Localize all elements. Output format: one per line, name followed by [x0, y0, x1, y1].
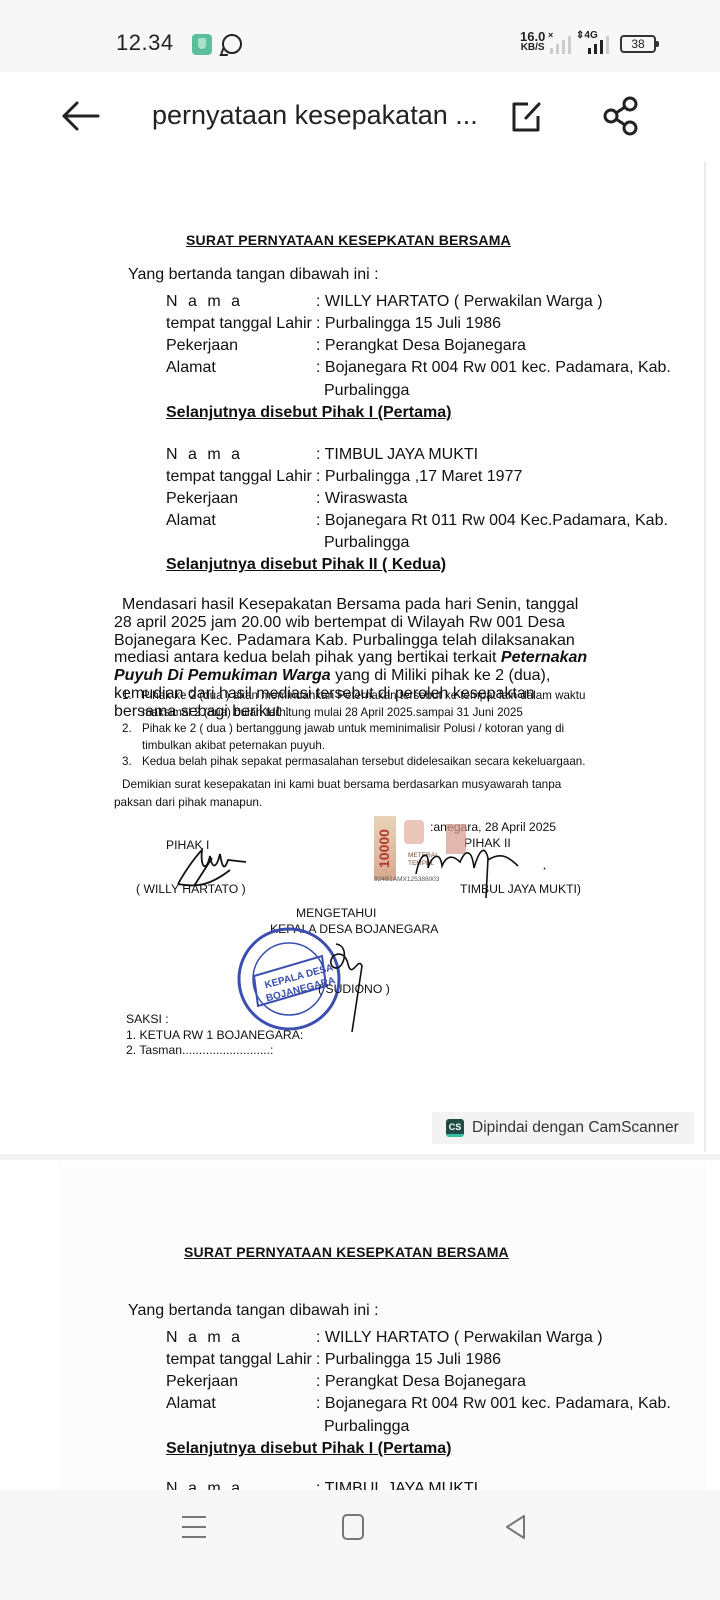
item-text: Pihak ke 2 ( dua ) bertanggung jawab unt… [142, 722, 564, 752]
agreement-list: 1.Pihak ke 2 (dua ) akan memindahkan Pet… [122, 688, 602, 771]
status-bar: 12.34 16.0 KB/S × ⇕4G 38 [0, 0, 720, 72]
field-value: : Purbalingga ,17 Maret 1977 [316, 468, 522, 486]
network-speed-unit: KB/S [520, 43, 545, 53]
field-label: Pekerjaan [166, 337, 316, 355]
party1-note: Selanjutnya disebut Pihak I (Pertama) [166, 1440, 451, 1458]
network-speed-value: 16.0 [520, 32, 545, 42]
field-value: : Wiraswasta [316, 490, 408, 508]
field-label: N a m a [166, 1480, 316, 1490]
field-label: tempat tanggal Lahir [166, 468, 316, 486]
agreement-item: 2.Pihak ke 2 ( dua ) bertanggung jawab u… [122, 721, 602, 754]
edit-button[interactable] [506, 96, 546, 136]
saksi-2: 2. Tasman..........................: [126, 1043, 273, 1057]
page-separator [0, 1154, 720, 1160]
home-button[interactable] [342, 1514, 364, 1540]
field-label: Pekerjaan [166, 1373, 316, 1391]
field-label: Alamat [166, 512, 316, 530]
party1-address-row: Alamat : Bojanegara Rt 004 Rw 001 kec. P… [166, 359, 316, 377]
app-bar: pernyataan kesepakatan ... [0, 72, 720, 162]
letter-title: SURAT PERNYATAAN KESEPKATAN BERSAMA [184, 1244, 509, 1260]
agreement-item: 3.Kedua belah pihak sepakat permasalahan… [122, 754, 602, 771]
closing-paragraph: Demikian surat kesepakatan ini kami buat… [114, 776, 594, 812]
party1-note: Selanjutnya disebut Pihak I (Pertama) [166, 404, 451, 422]
back-triangle-icon [504, 1514, 528, 1540]
party2-address-row: Alamat : Bojanegara Rt 011 Rw 004 Kec.Pa… [166, 512, 316, 530]
field-label: Pekerjaan [166, 490, 316, 508]
camscanner-badge: CS Dipindai dengan CamScanner [432, 1112, 694, 1144]
party2-job-row: Pekerjaan : Wiraswasta [166, 490, 316, 508]
item-text: Kedua belah pihak sepakat permasalahan t… [142, 755, 585, 768]
saksi-label: SAKSI : [126, 1012, 169, 1026]
field-label: Alamat [166, 1395, 316, 1413]
status-time: 12.34 [116, 30, 174, 56]
back-button[interactable] [58, 96, 102, 136]
recents-button[interactable] [182, 1514, 206, 1540]
battery-icon: 38 [620, 35, 656, 53]
item-text: Pihak ke 2 (dua ) akan memindahkan Peter… [142, 689, 585, 719]
system-back-button[interactable] [504, 1514, 528, 1540]
party1-address-row: Alamat : Bojanegara Rt 004 Rw 001 kec. P… [166, 1395, 316, 1413]
field-value: : Perangkat Desa Bojanegara [316, 1373, 526, 1391]
field-label: Alamat [166, 359, 316, 377]
item-number: 1. [122, 688, 132, 705]
pihak2-name: TIMBUL JAYA MUKTI) [460, 882, 581, 896]
party2-birth-row: tempat tanggal Lahir : Purbalingga ,17 M… [166, 468, 316, 486]
camscanner-text: Dipindai dengan CamScanner [472, 1119, 679, 1137]
battery-level: 38 [631, 37, 644, 51]
mengetahui-label: MENGETAHUI [296, 906, 376, 920]
party2-note: Selanjutnya disebut Pihak II ( Kedua) [166, 556, 446, 574]
stamp-value: 10000 [376, 829, 392, 868]
document-page-1: SURAT PERNYATAAN KESEPKATAN BERSAMA Yang… [58, 162, 706, 1152]
field-value: : Perangkat Desa Bojanegara [316, 337, 526, 355]
letter-title: SURAT PERNYATAAN KESEPKATAN BERSAMA [186, 232, 511, 248]
signal-icon-sim2 [582, 34, 612, 54]
document-page-2: SURAT PERNYATAAN KESEPKATAN BERSAMA Yang… [58, 1162, 706, 1490]
share-button[interactable] [600, 94, 644, 138]
field-value: : TIMBUL JAYA MUKTI [316, 1480, 478, 1490]
document-title: pernyataan kesepakatan ... [152, 100, 478, 131]
field-value: : Purbalingga 15 Juli 1986 [316, 315, 501, 333]
party1-name-row: N a m a : WILLY HARTATO ( Perwakilan War… [166, 293, 316, 311]
signal-icon-sim1 [548, 34, 574, 54]
field-value: : Bojanegara Rt 004 Rw 001 kec. Padamara… [316, 359, 671, 377]
party2-name-row: N a m a : TIMBUL JAYA MUKTI [166, 1480, 316, 1490]
field-value: : TIMBUL JAYA MUKTI [316, 446, 478, 464]
party2-address-cont: Purbalingga [324, 534, 409, 552]
field-value: : Purbalingga 15 Juli 1986 [316, 1351, 501, 1369]
party1-address-cont: Purbalingga [324, 382, 409, 400]
item-number: 2. [122, 721, 132, 738]
pihak1-name: ( WILLY HARTATO ) [136, 882, 246, 896]
field-value: : WILLY HARTATO ( Perwakilan Warga ) [316, 293, 603, 311]
intro-text: Yang bertanda tangan dibawah ini : [128, 266, 379, 284]
field-value: : Bojanegara Rt 011 Rw 004 Kec.Padamara,… [316, 512, 668, 530]
party1-birth-row: tempat tanggal Lahir : Purbalingga 15 Ju… [166, 1351, 316, 1369]
party2-name-row: N a m a : TIMBUL JAYA MUKTI [166, 446, 316, 464]
field-label: N a m a [166, 446, 316, 464]
whatsapp-icon [222, 34, 242, 54]
party1-address-cont: Purbalingga [324, 1418, 409, 1436]
back-arrow-icon [58, 96, 102, 136]
camscanner-logo-icon: CS [446, 1119, 464, 1137]
party1-name-row: N a m a : WILLY HARTATO ( Perwakilan War… [166, 1329, 316, 1347]
network-speed: 16.0 KB/S [520, 32, 545, 53]
party1-job-row: Pekerjaan : Perangkat Desa Bojanegara [166, 1373, 316, 1391]
field-value: : Bojanegara Rt 004 Rw 001 kec. Padamara… [316, 1395, 671, 1413]
field-label: N a m a [166, 1329, 316, 1347]
intro-text: Yang bertanda tangan dibawah ini : [128, 1302, 379, 1320]
edit-icon [506, 96, 546, 136]
field-label: N a m a [166, 293, 316, 311]
field-label: tempat tanggal Lahir [166, 315, 316, 333]
field-value: : WILLY HARTATO ( Perwakilan Warga ) [316, 1329, 603, 1347]
document-viewer[interactable]: SURAT PERNYATAAN KESEPKATAN BERSAMA Yang… [0, 162, 720, 1490]
agreement-item: 1.Pihak ke 2 (dua ) akan memindahkan Pet… [122, 688, 602, 721]
saksi-1: 1. KETUA RW 1 BOJANEGARA: [126, 1028, 303, 1042]
shield-icon [192, 34, 212, 55]
item-number: 3. [122, 754, 132, 771]
party1-birth-row: tempat tanggal Lahir : Purbalingga 15 Ju… [166, 315, 316, 333]
field-label: tempat tanggal Lahir [166, 1351, 316, 1369]
party1-job-row: Pekerjaan : Perangkat Desa Bojanegara [166, 337, 316, 355]
kepala-desa-name: ( SUDIONO ) [318, 982, 390, 996]
share-icon [600, 94, 644, 138]
system-nav-bar [0, 1490, 720, 1600]
